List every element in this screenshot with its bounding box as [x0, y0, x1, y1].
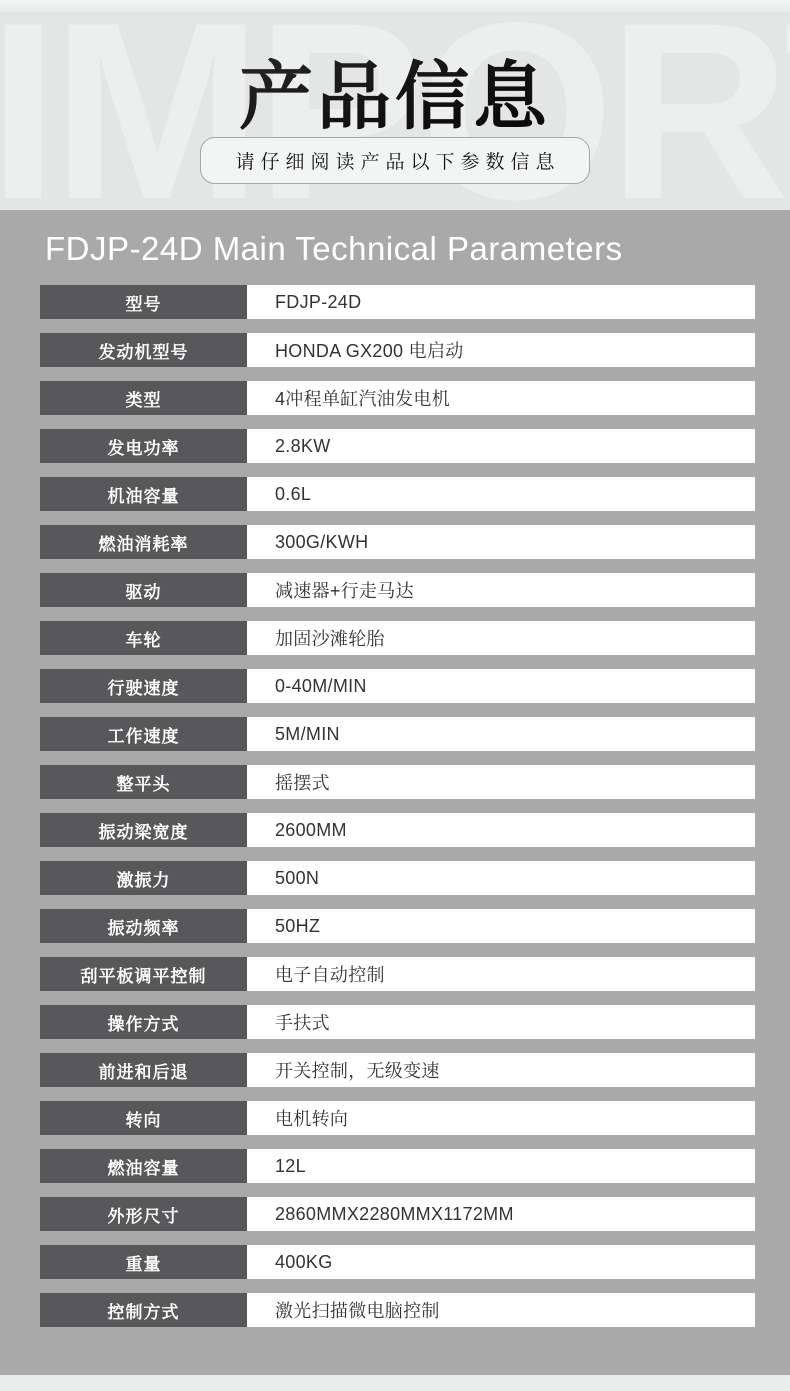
param-label: 型号	[40, 285, 247, 319]
param-label: 振动频率	[40, 909, 247, 943]
table-row: 驱动 减速器+行走马达	[40, 573, 755, 607]
param-label: 车轮	[40, 621, 247, 655]
table-row: 操作方式 手扶式	[40, 1005, 755, 1039]
param-label: 发电功率	[40, 429, 247, 463]
param-value: 开关控制，无级变速	[247, 1053, 755, 1087]
table-row: 发电功率 2.8KW	[40, 429, 755, 463]
param-value: 2.8KW	[247, 429, 755, 463]
param-label: 转向	[40, 1101, 247, 1135]
param-value: FDJP-24D	[247, 285, 755, 319]
table-row: 类型 4冲程单缸汽油发电机	[40, 381, 755, 415]
param-value: 2860MMX2280MMX1172MM	[247, 1197, 755, 1231]
param-value: 300G/KWH	[247, 525, 755, 559]
param-value: 0.6L	[247, 477, 755, 511]
param-label: 振动梁宽度	[40, 813, 247, 847]
table-row: 振动频率 50HZ	[40, 909, 755, 943]
table-row: 行驶速度 0-40M/MIN	[40, 669, 755, 703]
table-row: 外形尺寸 2860MMX2280MMX1172MM	[40, 1197, 755, 1231]
table-row: 振动梁宽度 2600MM	[40, 813, 755, 847]
param-value: 12L	[247, 1149, 755, 1183]
table-row: 重量 400KG	[40, 1245, 755, 1279]
table-row: 燃油消耗率 300G/KWH	[40, 525, 755, 559]
param-value: 50HZ	[247, 909, 755, 943]
table-row: 控制方式 激光扫描微电脑控制	[40, 1293, 755, 1327]
param-label: 控制方式	[40, 1293, 247, 1327]
table-row: 激振力 500N	[40, 861, 755, 895]
param-value: 2600MM	[247, 813, 755, 847]
page-title: 产品信息	[0, 38, 790, 144]
param-value: 电子自动控制	[247, 957, 755, 991]
table-row: 发动机型号 HONDA GX200 电启动	[40, 333, 755, 367]
param-value: 摇摆式	[247, 765, 755, 799]
subtitle-wrap: 请仔细阅读产品以下参数信息	[0, 137, 790, 184]
param-value: HONDA GX200 电启动	[247, 333, 755, 367]
table-row: 前进和后退 开关控制，无级变速	[40, 1053, 755, 1087]
param-value: 400KG	[247, 1245, 755, 1279]
param-label: 操作方式	[40, 1005, 247, 1039]
param-label: 发动机型号	[40, 333, 247, 367]
hero-banner: IMPORT 产品信息 请仔细阅读产品以下参数信息	[0, 0, 790, 210]
param-value: 加固沙滩轮胎	[247, 621, 755, 655]
param-label: 燃油消耗率	[40, 525, 247, 559]
param-label: 机油容量	[40, 477, 247, 511]
param-value: 500N	[247, 861, 755, 895]
param-value: 手扶式	[247, 1005, 755, 1039]
param-label: 刮平板调平控制	[40, 957, 247, 991]
table-row: 整平头 摇摆式	[40, 765, 755, 799]
table-row: 转向 电机转向	[40, 1101, 755, 1135]
param-value: 4冲程单缸汽油发电机	[247, 381, 755, 415]
bottom-strip	[0, 1375, 790, 1391]
table-row: 机油容量 0.6L	[40, 477, 755, 511]
parameters-heading: FDJP-24D Main Technical Parameters	[45, 230, 790, 268]
param-value: 电机转向	[247, 1101, 755, 1135]
table-row: 车轮 加固沙滩轮胎	[40, 621, 755, 655]
param-label: 激振力	[40, 861, 247, 895]
parameters-section: FDJP-24D Main Technical Parameters 型号 FD…	[0, 210, 790, 1375]
param-value: 激光扫描微电脑控制	[247, 1293, 755, 1327]
param-label: 前进和后退	[40, 1053, 247, 1087]
param-label: 驱动	[40, 573, 247, 607]
param-label: 类型	[40, 381, 247, 415]
param-label: 燃油容量	[40, 1149, 247, 1183]
param-label: 整平头	[40, 765, 247, 799]
param-label: 行驶速度	[40, 669, 247, 703]
table-row: 工作速度 5M/MIN	[40, 717, 755, 751]
param-value: 减速器+行走马达	[247, 573, 755, 607]
param-value: 5M/MIN	[247, 717, 755, 751]
table-row: 燃油容量 12L	[40, 1149, 755, 1183]
param-label: 外形尺寸	[40, 1197, 247, 1231]
param-label: 工作速度	[40, 717, 247, 751]
table-row: 型号 FDJP-24D	[40, 285, 755, 319]
table-row: 刮平板调平控制 电子自动控制	[40, 957, 755, 991]
param-label: 重量	[40, 1245, 247, 1279]
subtitle-pill: 请仔细阅读产品以下参数信息	[200, 137, 589, 184]
spec-table: 型号 FDJP-24D 发动机型号 HONDA GX200 电启动 类型 4冲程…	[0, 285, 790, 1327]
param-value: 0-40M/MIN	[247, 669, 755, 703]
